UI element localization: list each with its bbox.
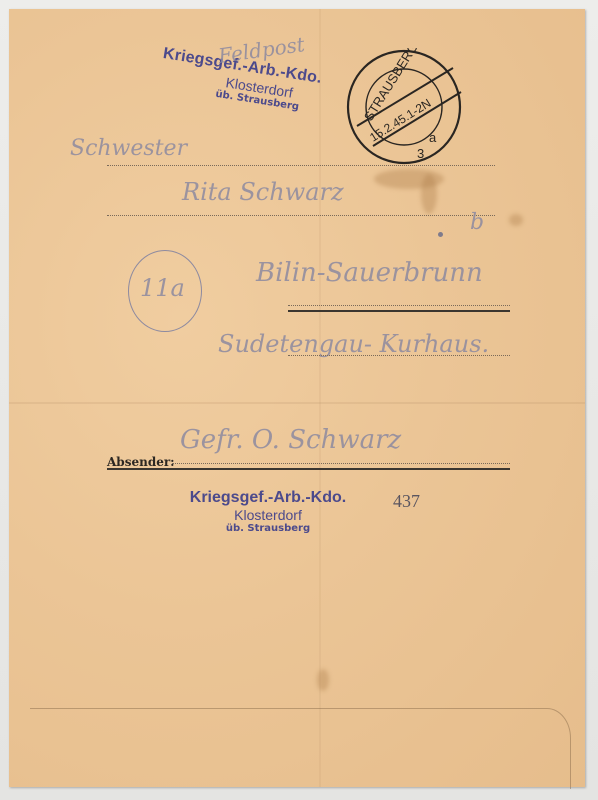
address-line-2 (107, 215, 495, 216)
handwritten-mark-b: b (470, 210, 484, 235)
stain (509, 214, 523, 226)
handwritten-recipient-name: Rita Schwarz (182, 178, 344, 206)
address-line-1 (107, 165, 495, 166)
sender-unit-stamp: Kriegsgef.-Arb.-Kdo. Klosterdorf üb. Str… (168, 489, 368, 534)
sender-dotted-line (172, 463, 510, 464)
sender-stamp-via: üb. Strausberg (168, 523, 368, 534)
unit-number: 437 (393, 491, 420, 512)
sender-stamp-place: Klosterdorf (168, 507, 368, 523)
sender-label: Absender: (107, 455, 175, 469)
handwritten-sender-name: Gefr. O. Schwarz (180, 425, 401, 455)
stain (317, 669, 329, 691)
sender-underline (107, 468, 510, 470)
handwritten-region: Sudetengau- Kurhaus. (218, 330, 489, 358)
sender-stamp-unit: Kriegsgef.-Arb.-Kdo. (168, 489, 368, 507)
horizontal-fold (9, 402, 585, 404)
pencil-dot (438, 232, 443, 237)
strausberg-postmark: STRAUSBERG 15.2.45.1-2N a 3 (345, 48, 463, 166)
postmark-number: 3 (417, 146, 424, 161)
stain (421, 174, 437, 214)
handwritten-city: Bilin-Sauerbrunn (256, 258, 483, 288)
sealing-flap-outline (30, 708, 571, 789)
lettercard (9, 9, 585, 787)
postmark-letter: a (429, 130, 437, 145)
handwritten-circle-code: 11a (140, 274, 185, 302)
handwritten-salutation: Schwester (70, 136, 187, 161)
address-line-3 (288, 305, 510, 306)
city-underline (288, 310, 510, 312)
address-line-4 (288, 355, 510, 356)
